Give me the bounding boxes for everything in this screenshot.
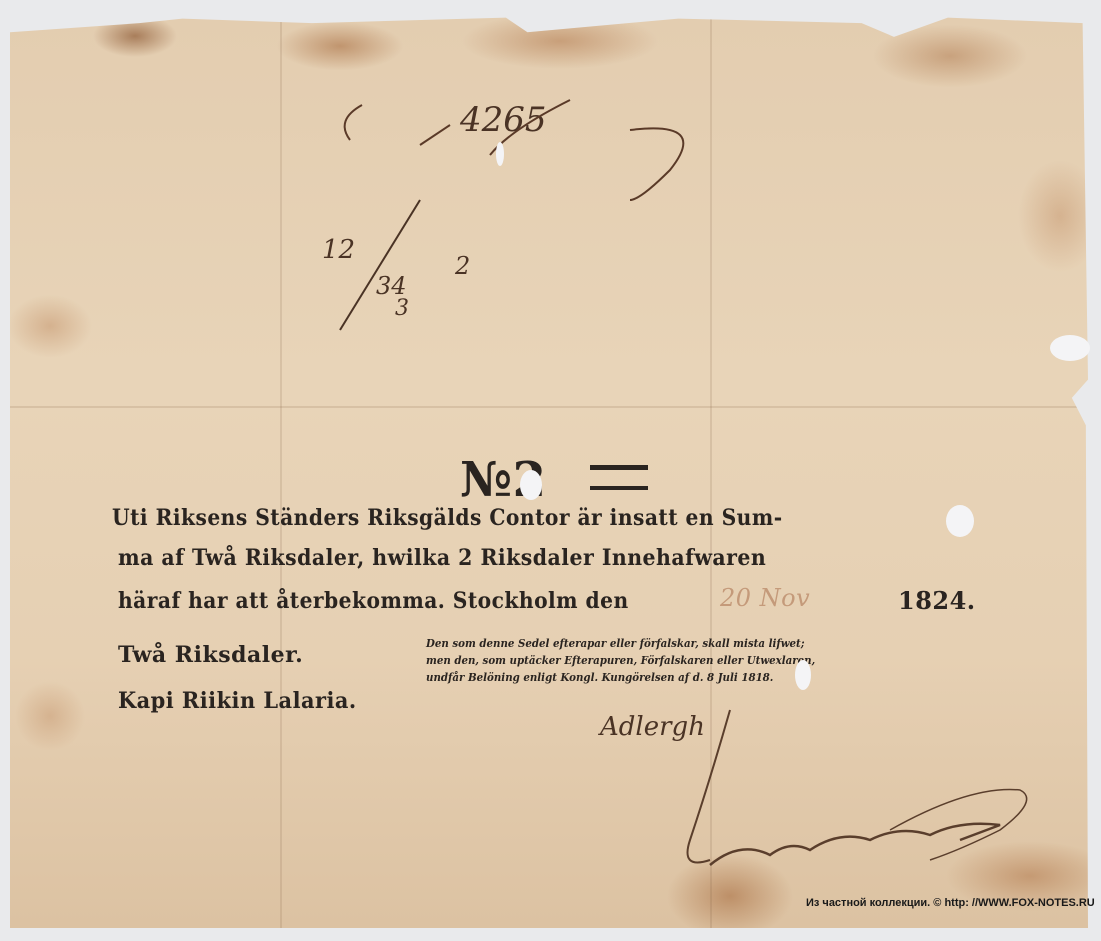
main-text-line-2: ma af Twå Riksdaler, hwilka 2 Riksdaler … — [118, 545, 766, 571]
fraction-right: 2 — [455, 252, 470, 280]
fraction-slash — [320, 200, 440, 340]
handwritten-date: 20 Nov — [720, 584, 810, 612]
year: 1824. — [898, 586, 976, 615]
fraction-top: 12 — [322, 235, 355, 265]
paper-hole — [520, 470, 542, 500]
paper-hole — [946, 505, 974, 537]
denomination-rule — [590, 486, 648, 490]
denomination-rule — [590, 465, 648, 470]
warning-line-1: Den som denne Sedel efterapar eller förf… — [426, 636, 805, 652]
fold-crease — [280, 16, 282, 928]
signature-2 — [600, 700, 1040, 880]
amount-words: Twå Riksdaler. — [118, 642, 303, 668]
fold-crease — [10, 406, 1088, 408]
fraction-bottom: 3 — [395, 296, 409, 321]
warning-line-3: undfår Belöning enligt Kongl. Kungörelse… — [426, 670, 773, 686]
collection-watermark: Из частной коллекции. © http: //WWW.FOX-… — [806, 897, 1095, 909]
paper-hole — [795, 660, 811, 690]
main-text-line-3: häraf har att återbekomma. Stockholm den — [118, 588, 629, 614]
paper-hole — [1050, 335, 1090, 361]
main-text-line-1: Uti Riksens Ständers Riksgälds Contor är… — [112, 505, 783, 531]
warning-line-2: men den, som uptäcker Efterapuren, Förfa… — [426, 653, 815, 669]
motto: Kapi Riikin Lalaria. — [118, 688, 357, 714]
paper-hole — [496, 142, 504, 166]
